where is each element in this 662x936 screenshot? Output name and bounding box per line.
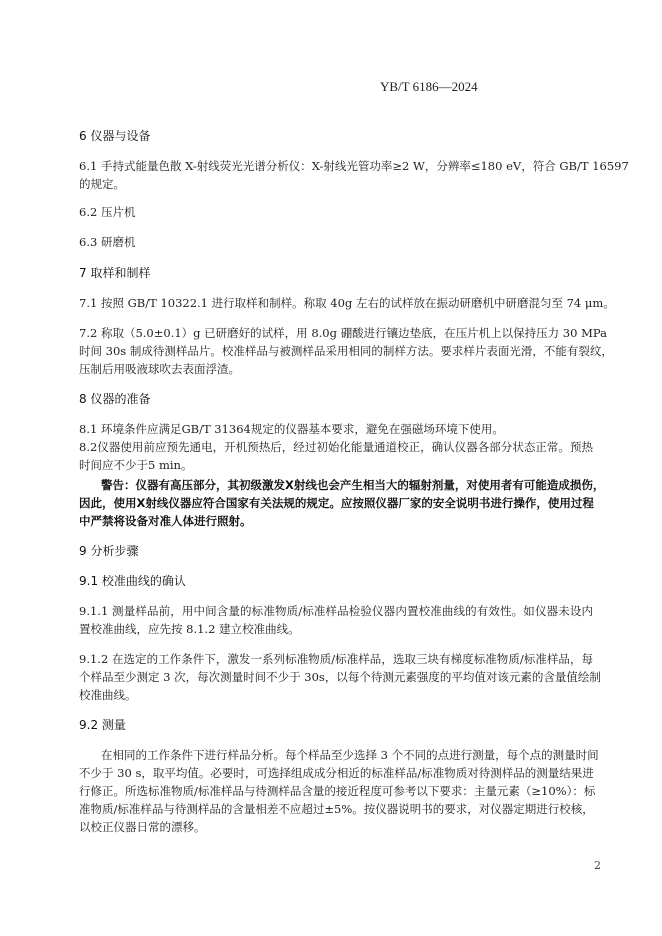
clause-8-2-line: 时间应不少于5 min。 — [79, 458, 192, 472]
warning-line: 因此，使用X射线仪器应符合国家有关法规的规定。应按照仪器厂家的安全说明书进行操作… — [79, 496, 593, 510]
warning-line: 中严禁将设备对准人体进行照射。 — [79, 514, 252, 528]
section-9-title: 9 分析步骤 — [79, 544, 138, 558]
clause-9-1-1-line: 9.1.1 测量样品前，用中间含量的标准物质/标准样品检验仪器内置校准曲线的有效… — [79, 604, 593, 618]
section-7-title: 7 取样和制样 — [79, 266, 150, 280]
clause-9-2-line: 以校正仪器日常的漂移。 — [79, 820, 206, 834]
section-9-1-title: 9.1 校准曲线的确认 — [79, 574, 186, 588]
clause-7-2-line: 时间 30s 制成待测样品片。校准样品与被测样品采用相同的制样方法。要求样片表面… — [79, 344, 593, 358]
clause-9-1-1-line: 置校准曲线，应先按 8.1.2 建立校准曲线。 — [79, 622, 300, 636]
clause-6-1-line: 的规定。 — [79, 177, 125, 191]
clause-7-2-line: 压制后用吸液球吹去表面浮渣。 — [79, 362, 240, 376]
warning-line: 警告：仪器有高压部分，其初级激发X射线也会产生相当大的辐射剂量，对使用者有可能造… — [101, 478, 593, 492]
standard-number-header: YB/T 6186—2024 — [380, 79, 478, 95]
clause-9-2-line: 不少于 30 s，取平均值。必要时，可选择组成成分相近的标准样品/标准物质对待测… — [79, 766, 593, 780]
clause-7-2-line: 7.2 称取（5.0±0.1）g 已研磨好的试样，用 8.0g 硼酸进行镶边垫底… — [79, 326, 593, 340]
clause-6-2: 6.2 压片机 — [79, 205, 135, 219]
clause-9-2-line: 行修正。所选标准物质/标准样品与待测样品含量的接近程度可参考以下要求：主量元素（… — [79, 784, 593, 798]
clause-9-1-2-line: 个样品至少测定 3 次，每次测量时间不少于 30s，以每个待测元素强度的平均值对… — [79, 670, 593, 684]
clause-6-1-line: 6.1 手持式能量色散 X-射线荧光光谱分析仪：X-射线光管功率≥2 W，分辨率… — [79, 159, 593, 173]
section-9-2-title: 9.2 测量 — [79, 718, 126, 732]
section-6-title: 6 仪器与设备 — [79, 129, 150, 143]
clause-9-1-2-line: 9.1.2 在选定的工作条件下，激发一系列标准物质/标准样品，选取三块有梯度标准… — [79, 652, 593, 666]
page-number: 2 — [594, 859, 601, 872]
clause-8-1: 8.1 环境条件应满足GB/T 31364规定的仪器基本要求，避免在强磁场环境下… — [79, 422, 504, 436]
clause-9-1-2-line: 校准曲线。 — [79, 688, 137, 702]
section-8-title: 8 仪器的准备 — [79, 392, 150, 406]
clause-9-2-line: 在相同的工作条件下进行样品分析。每个样品至少选择 3 个不同的点进行测量，每个点… — [101, 748, 593, 762]
clause-8-2-line: 8.2仪器使用前应预先通电，开机预热后，经过初始化能量通道校正，确认仪器各部分状… — [79, 440, 593, 454]
clause-9-2-line: 准物质/标准样品与待测样品的含量相差不应超过±5%。按仪器说明书的要求，对仪器定… — [79, 802, 593, 816]
clause-7-1: 7.1 按照 GB/T 10322.1 进行取样和制样。称取 40g 左右的试样… — [79, 296, 615, 310]
clause-6-3: 6.3 研磨机 — [79, 235, 135, 249]
